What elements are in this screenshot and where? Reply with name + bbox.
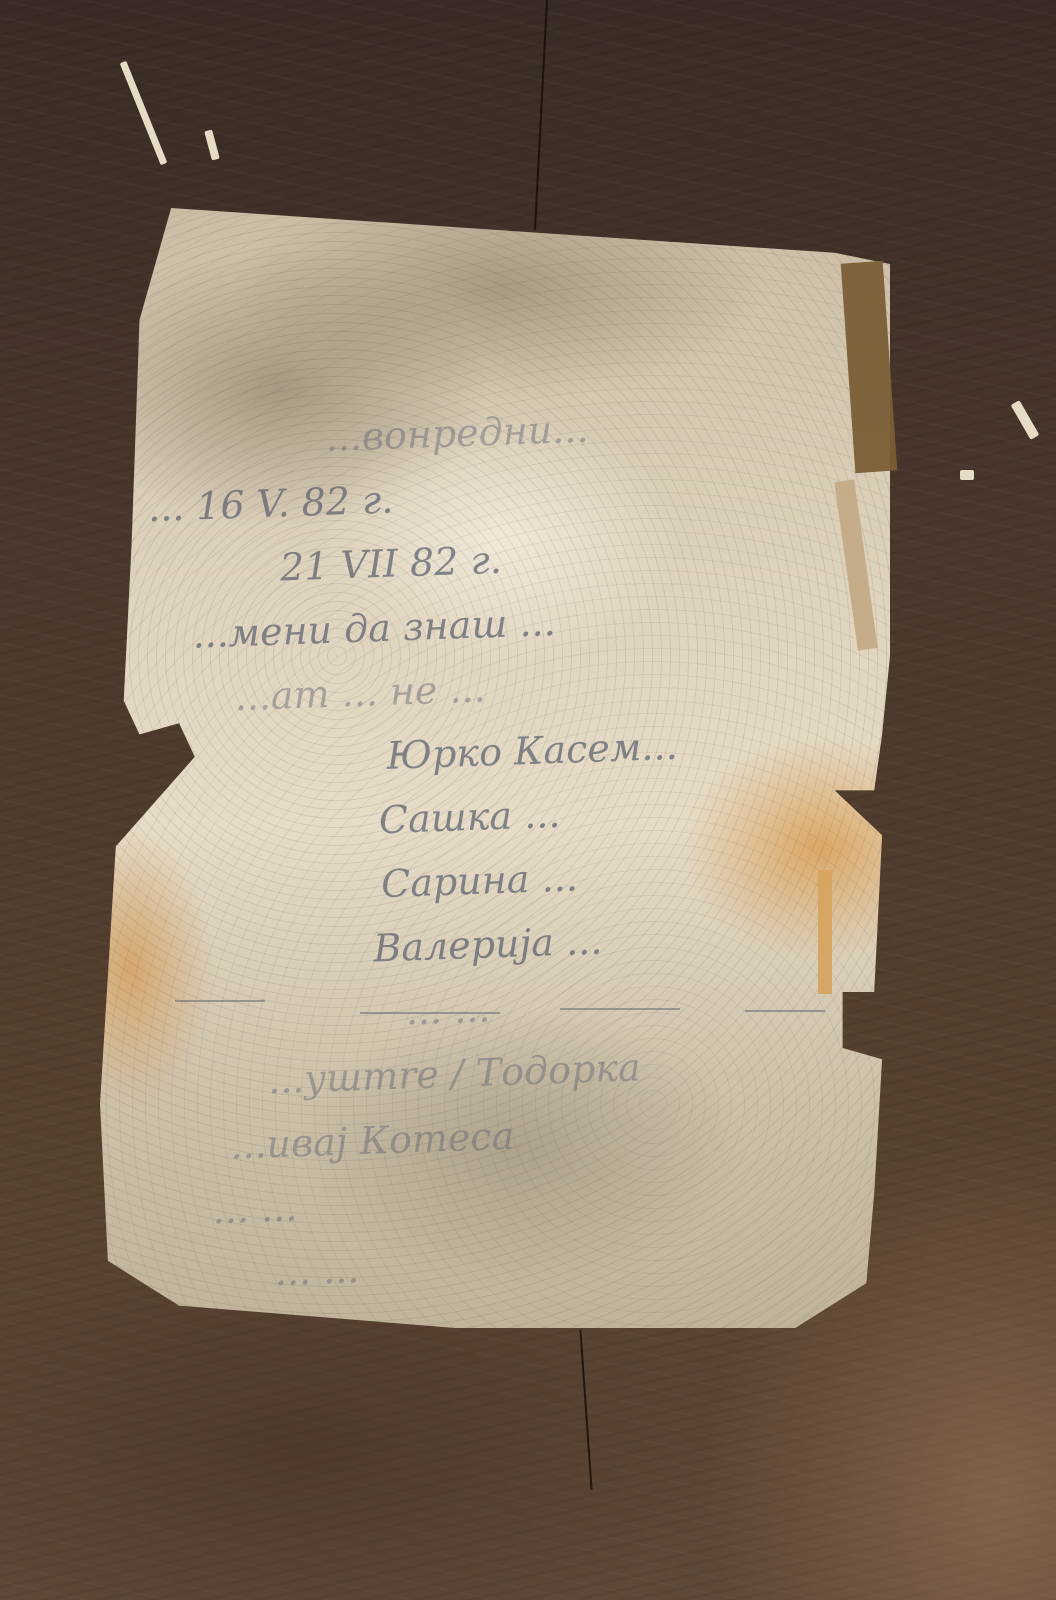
wood-crack	[534, 0, 548, 230]
wood-crack	[579, 1330, 592, 1490]
wood-splinter	[204, 129, 219, 160]
wood-chip	[1011, 400, 1040, 440]
wood-chip	[960, 470, 974, 480]
pencil-underline	[360, 1012, 500, 1014]
pencil-underline	[175, 1000, 265, 1002]
wood-splinter	[120, 61, 168, 166]
pencil-underline	[560, 1008, 680, 1010]
handwritten-text: ...вонредни... ... 16 V. 82 г. 21 VII 82…	[125, 388, 876, 1309]
pencil-underline	[745, 1010, 825, 1012]
